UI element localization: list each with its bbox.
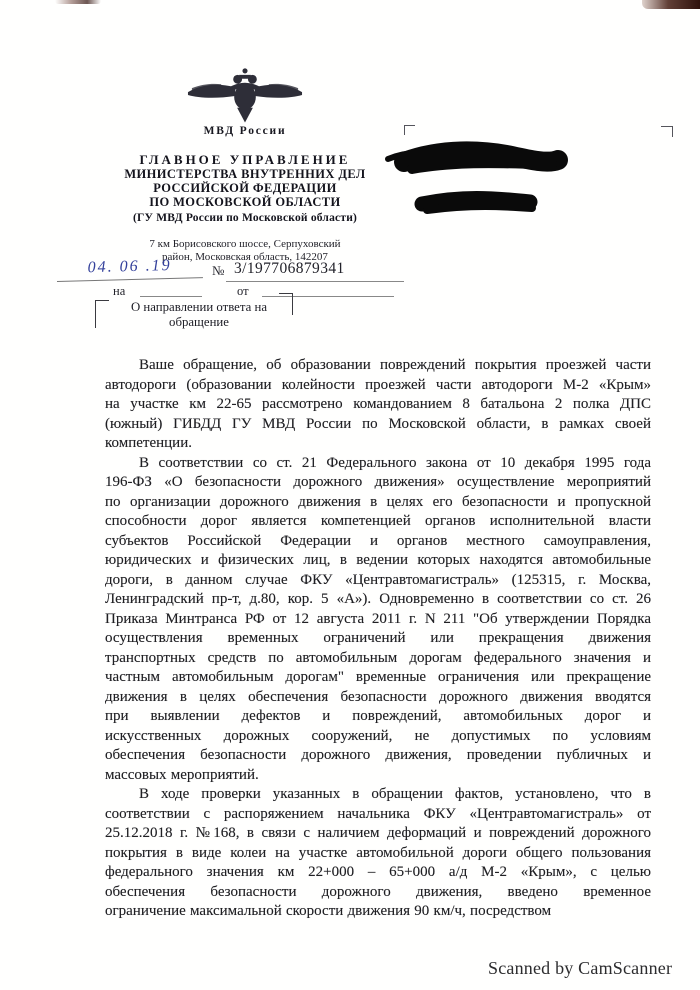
org-line: МИНИСТЕРСТВА ВНУТРЕННИХ ДЕЛ: [55, 167, 435, 181]
recipient-zone: [380, 110, 690, 240]
body-line: 25.12.2018 г. №168, в связи с наличием д…: [105, 824, 651, 844]
address-line: 7 км Борисовского шоссе, Серпуховский: [55, 238, 435, 251]
body-line: транспортных средств по автомобильным до…: [105, 649, 651, 669]
org-line: РОССИЙСКОЙ ФЕДЕРАЦИИ: [55, 181, 435, 195]
redaction-marker-strokes: [382, 138, 582, 238]
recipient-corner-bracket-left: [404, 125, 415, 135]
body-line: компетенции.: [105, 434, 651, 454]
body-line: движения в целях обеспечения безопасност…: [105, 688, 651, 708]
body-line: на участке км 22-65 рассмотрено командов…: [105, 395, 651, 415]
body-line: осуществления временных ограничений или …: [105, 629, 651, 649]
org-line: ГЛАВНОЕ УПРАВЛЕНИЕ: [55, 153, 435, 167]
body-line: субъектов Российской Федерации и органов…: [105, 532, 651, 552]
subject-block: О направлении ответа на обращение: [55, 296, 355, 340]
org-line: ПО МОСКОВСКОЙ ОБЛАСТИ: [55, 195, 435, 209]
body-line: искусственных дорожных сооружений, не до…: [105, 727, 651, 747]
body-line: покрытия в виде колеи на участке автомоб…: [105, 844, 651, 864]
body-line: при выявлении дефектов и повреждений, ав…: [105, 707, 651, 727]
subject-line: обращение: [111, 315, 287, 330]
org-short-name: (ГУ МВД России по Московской области): [55, 211, 435, 225]
subject-text: О направлении ответа на обращение: [111, 300, 287, 329]
body-line: 196-ФЗ «О безопасности дорожного движени…: [105, 473, 651, 493]
subject-corner-bracket-right: [279, 293, 293, 315]
body-line: В соответствии со ст. 21 Федерального за…: [105, 454, 651, 474]
body-line: юридических и физических лиц, в ведении …: [105, 551, 651, 571]
paragraph: В соответствии со ст. 21 Федерального за…: [105, 454, 651, 786]
number-sign: №: [212, 263, 224, 279]
body-line: В ходе проверки указанных в обращении фа…: [105, 785, 651, 805]
body-line: Приказа Минтранса РФ от 12 августа 2011 …: [105, 610, 651, 630]
mvd-eagle-emblem-icon: [55, 66, 435, 131]
body-line: по организации дорожного движения в целя…: [105, 493, 651, 513]
body-paragraphs: Ваше обращение, об образовании поврежден…: [105, 356, 651, 922]
org-name-block: ГЛАВНОЕ УПРАВЛЕНИЕ МИНИСТЕРСТВА ВНУТРЕНН…: [55, 153, 435, 225]
body-line: (южный) ГИБДД ГУ МВД России по Московско…: [105, 415, 651, 435]
subject-line: О направлении ответа на: [111, 300, 287, 315]
paragraph: В ходе проверки указанных в обращении фа…: [105, 785, 651, 922]
body-line: ограничение максимальной скорости движен…: [105, 902, 651, 922]
body-line: массовых мероприятий.: [105, 766, 651, 786]
scanned-letter-page: МВД России ГЛАВНОЕ УПРАВЛЕНИЕ МИНИСТЕРСТ…: [0, 0, 700, 990]
letterhead: МВД России ГЛАВНОЕ УПРАВЛЕНИЕ МИНИСТЕРСТ…: [55, 0, 435, 345]
body-line: автодороги (образовании колейности проез…: [105, 376, 651, 396]
handwritten-date: 04. 06 .19: [56, 256, 203, 282]
camscanner-watermark: Scanned by CamScanner: [488, 958, 698, 979]
document-number: 3/197706879341: [226, 260, 404, 282]
body-line: обеспечения безопасности дорожного движе…: [105, 746, 651, 766]
ministry-label: МВД России: [55, 125, 435, 137]
subject-corner-bracket-left: [95, 300, 109, 328]
body-line: частным автомобильным дорогам" временные…: [105, 668, 651, 688]
scan-artifact-top-right: [642, 0, 700, 9]
body-line: обеспечения безопасности дорожного движе…: [105, 883, 651, 903]
paragraph: Ваше обращение, об образовании поврежден…: [105, 356, 651, 454]
body-line: Ленинградский пр-т, д.80, кор. 5 «А»). О…: [105, 590, 651, 610]
body-line: дороги, в данном случае ФКУ «Центравтома…: [105, 571, 651, 591]
body-line: Ваше обращение, об образовании поврежден…: [105, 356, 651, 376]
reference-row: 04. 06 .19 № 3/197706879341: [55, 260, 455, 284]
body-line: федерального значения км 22+000 – 65+000…: [105, 863, 651, 883]
body-line: способности дорог является компетенцией …: [105, 512, 651, 532]
body-line: соответствии с распоряжением начальника …: [105, 805, 651, 825]
recipient-corner-bracket-right: [661, 126, 673, 137]
